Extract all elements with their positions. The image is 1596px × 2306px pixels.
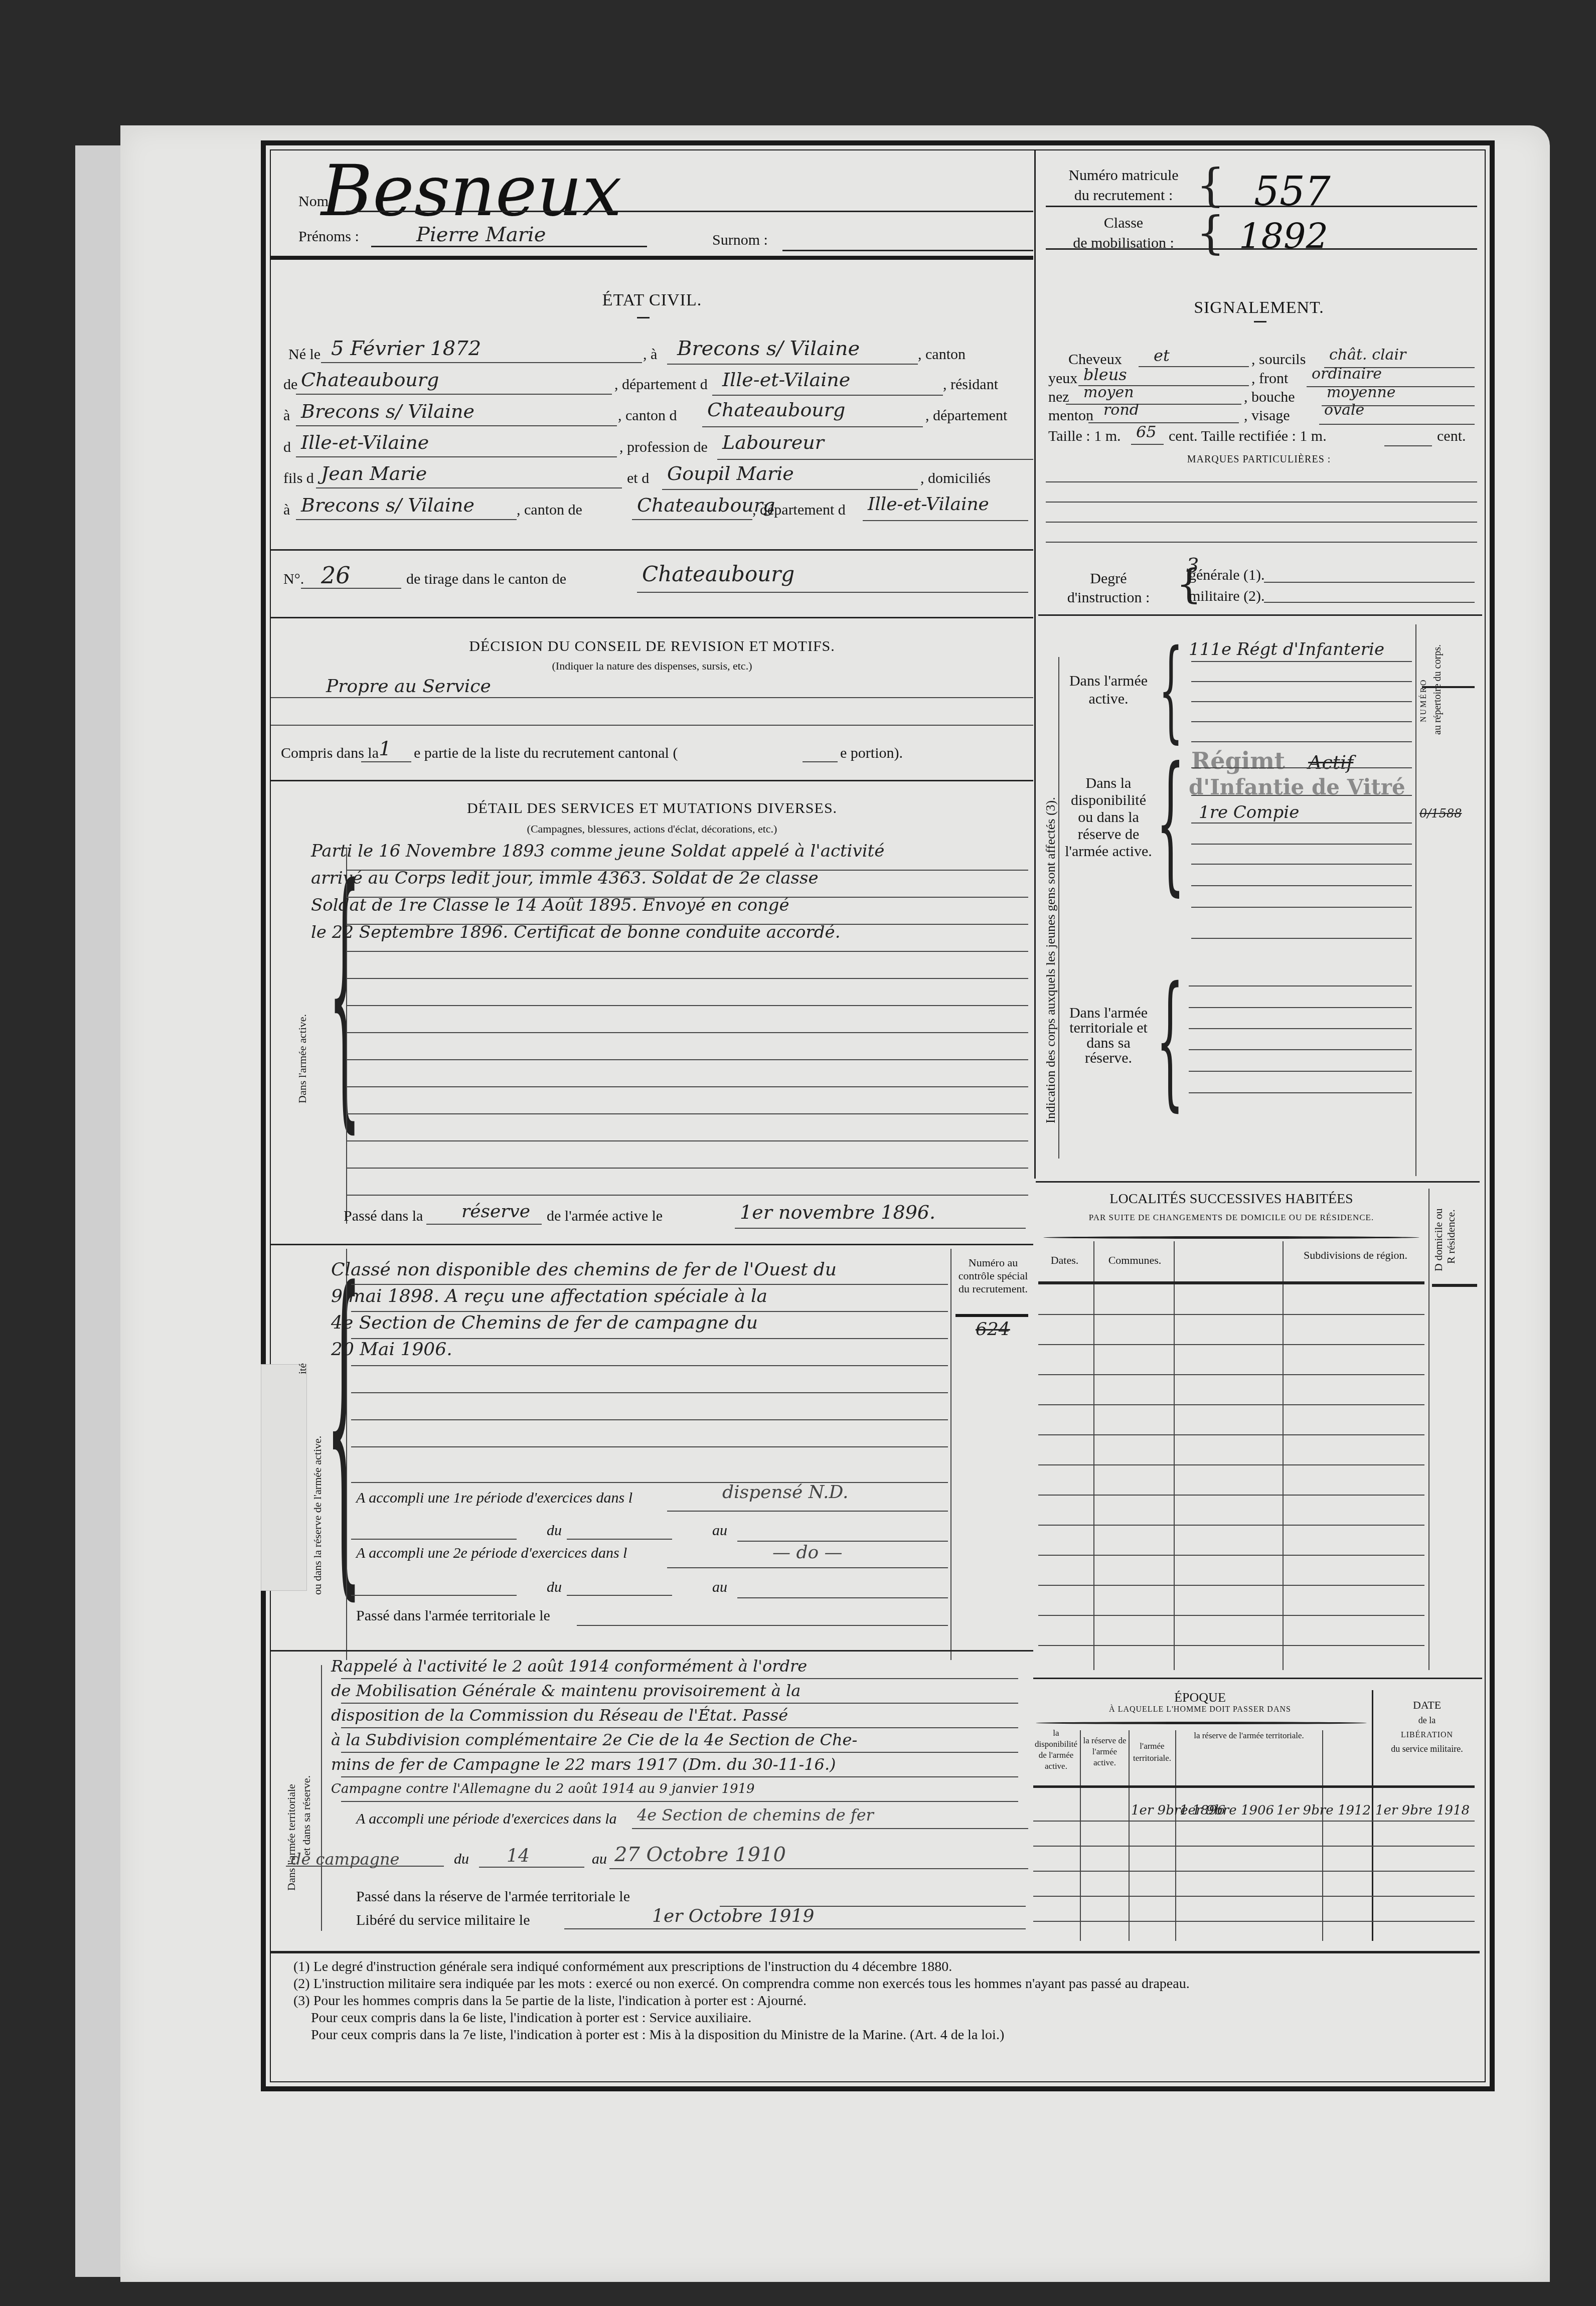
de-label: de — [283, 376, 297, 393]
lieu-naissance-value: Brecons s/ Vilaine — [677, 337, 860, 360]
tirage-canton-label: de tirage dans le canton de — [406, 571, 566, 588]
field-line — [346, 924, 1028, 925]
corps-territoriale-label: Dans l'armée territoriale et dans sa rés… — [1063, 1006, 1154, 1066]
instruction-generale-label: générale (1). — [1189, 567, 1265, 584]
title-dash — [637, 317, 650, 318]
footnote-2: (2) L'instruction militaire sera indiqué… — [293, 1975, 1472, 1993]
classe-label-line1: Classe — [1051, 213, 1196, 233]
field-line — [341, 1776, 1018, 1777]
field-line — [1191, 701, 1412, 702]
header-divider — [1033, 1785, 1475, 1788]
section-divider — [271, 617, 1033, 618]
column-line — [1175, 1730, 1176, 1941]
title-dash — [1254, 321, 1266, 322]
localites-subtitle: PAR SUITE DE CHANGEMENTS DE DOMICILE OU … — [1036, 1213, 1427, 1223]
a-label: , à — [643, 346, 657, 363]
margin-line — [321, 1665, 322, 1931]
field-line — [346, 951, 1028, 952]
field-line — [1264, 602, 1475, 603]
signalement-title: SIGNALEMENT. — [1038, 298, 1480, 317]
field-line — [351, 1539, 517, 1540]
field-line — [351, 1365, 948, 1366]
field-line — [702, 426, 923, 427]
field-line — [286, 1866, 444, 1867]
du-label: du — [547, 1579, 562, 1596]
passe-value: réserve — [461, 1201, 530, 1222]
dept-residence-value: Ille-et-Vilaine — [301, 431, 429, 453]
periode-value-1: 4e Section de chemins de fer — [637, 1805, 874, 1825]
field-line — [712, 395, 943, 396]
field-line — [1191, 795, 1412, 796]
field-line — [351, 1284, 948, 1285]
table-row-line — [1038, 1555, 1424, 1556]
au-label: au — [592, 1851, 607, 1868]
reserve-line: 4e Section de Chemins de fer de campagne… — [331, 1309, 948, 1336]
front-label: , front — [1251, 370, 1288, 387]
reserve-territoriale-label: Passé dans la réserve de l'armée territo… — [356, 1888, 630, 1905]
field-line — [667, 1511, 948, 1512]
field-line — [351, 1595, 517, 1596]
compris-suffix: e partie de la liste du recrutement cant… — [414, 745, 678, 762]
brace-icon: { — [1156, 968, 1184, 1113]
profession-label: , profession de — [619, 439, 708, 456]
field-line — [737, 1597, 948, 1598]
field-line — [1046, 522, 1477, 523]
field-line — [1191, 907, 1412, 908]
services-title: DÉTAIL DES SERVICES ET MUTATIONS DIVERSE… — [271, 800, 1033, 817]
classe-label: Classe de mobilisation : — [1051, 213, 1196, 253]
decision-value: Propre au Service — [326, 676, 491, 697]
au-label: au — [712, 1522, 727, 1539]
liberation-header-line: DATE — [1374, 1698, 1480, 1713]
services-line: Soldat de 1re Classe le 14 Août 1895. En… — [311, 892, 1023, 919]
numero-controle-value: 624 — [976, 1319, 1010, 1340]
field-line — [346, 1086, 1028, 1087]
classe-value: 1892 — [1239, 216, 1328, 257]
residant-label: , résidant — [943, 376, 998, 393]
domicilies-label: , domiciliés — [920, 470, 991, 487]
visage-value: ovale — [1324, 401, 1364, 419]
domicile-parents-value: Brecons s/ Vilaine — [301, 494, 474, 516]
taille-value: 65 — [1136, 422, 1157, 441]
passe-date-value: 1er novembre 1896. — [740, 1201, 935, 1223]
table-row-line — [1038, 1314, 1424, 1315]
canton-residence-value: Chateaubourg — [707, 399, 845, 421]
field-line — [1191, 844, 1412, 845]
field-line — [1191, 741, 1412, 742]
side-label-tab: ité — [296, 1363, 309, 1374]
table-row-line — [1038, 1495, 1424, 1496]
corps-active-value: 111e Régt d'Infanterie — [1189, 639, 1384, 660]
reserve-text: Classé non disponible des chemins de fer… — [331, 1256, 948, 1363]
field-line — [632, 519, 752, 520]
field-line — [351, 1311, 948, 1312]
column-line — [1093, 1241, 1094, 1670]
field-line — [346, 1005, 1028, 1006]
field-line — [296, 394, 612, 395]
du-label: du — [547, 1522, 562, 1539]
liberation-header: DATE de la LIBÉRATION du service militai… — [1374, 1698, 1480, 1755]
cent-label: cent. — [1437, 428, 1466, 445]
field-line — [1191, 767, 1412, 768]
periode2-label: A accompli une 2e période d'exercices da… — [356, 1545, 627, 1562]
field-line — [632, 1828, 1028, 1829]
field-line — [637, 592, 1028, 593]
surnom-label: Surnom : — [712, 232, 768, 249]
sourcils-label: , sourcils — [1251, 351, 1306, 368]
bouche-label: , bouche — [1244, 389, 1295, 406]
ne-le-value: 5 Février 1872 — [331, 337, 481, 360]
corps-side-label: Indication des corps auxquels les jeunes… — [1043, 797, 1058, 1123]
field-line — [1191, 938, 1412, 939]
reserve-line: 20 Mai 1906. — [331, 1336, 948, 1363]
matricule-value: 557 — [1254, 168, 1331, 215]
reserve-line: 9 mai 1898. A reçu une affectation spéci… — [331, 1283, 948, 1309]
section-divider — [271, 1650, 1033, 1652]
header-divider — [271, 256, 1033, 260]
tirage-canton-value: Chateaubourg — [642, 562, 794, 586]
field-line — [301, 588, 401, 589]
field-line — [1384, 445, 1432, 446]
departement-label: , département d — [614, 376, 708, 393]
periode1-value: dispensé N.D. — [722, 1482, 848, 1503]
et-label: et d — [627, 470, 649, 487]
canton-label: , canton d — [618, 407, 677, 424]
table-row-line — [1038, 1344, 1424, 1345]
field-line — [1088, 422, 1239, 423]
residence-value: Brecons s/ Vilaine — [301, 400, 474, 422]
field-line — [567, 1595, 672, 1596]
side-label-territoriale-2: et dans sa réserve. — [300, 1775, 313, 1856]
matricule-label: Numéro matricule du recrutement : — [1051, 166, 1196, 206]
footnote-3: (3) Pour les hommes compris dans la 5e p… — [293, 1993, 1472, 2010]
field-line — [1189, 1049, 1412, 1050]
taille-rectifiee-label: cent. Taille rectifiée : 1 m. — [1169, 428, 1327, 445]
field-line — [341, 1703, 1018, 1704]
field-line — [1131, 444, 1164, 445]
periode2-value: — do — — [772, 1542, 843, 1563]
column-line — [1428, 1189, 1429, 1670]
matricule-divider — [1046, 206, 1477, 207]
side-label-territoriale-1: Dans l'armée territoriale — [285, 1784, 298, 1891]
epoque-col-disponibilite: la disponibilité de l'armée active. — [1032, 1728, 1080, 1772]
section-divider — [271, 1244, 1033, 1245]
field-line — [479, 1867, 584, 1868]
side-label-reserve: ou dans la réserve de l'armée active. — [311, 1436, 324, 1595]
instruction-label-line1: Degré — [1048, 569, 1169, 588]
field-line — [321, 362, 642, 363]
reserve-line: Classé non disponible des chemins de fer… — [331, 1256, 948, 1283]
menton-value: rond — [1103, 401, 1139, 419]
sourcils-value: chât. clair — [1329, 346, 1406, 364]
territoriale-line: disposition de la Commission du Réseau d… — [331, 1703, 1033, 1728]
numero-repertoire-label-1: NUMÉRO — [1419, 679, 1428, 722]
classe-divider — [1046, 248, 1477, 250]
epoque-value-reserve-territoriale: 1er 9bre 1912 — [1276, 1803, 1371, 1818]
column-divider — [1034, 150, 1036, 1179]
field-line — [564, 1928, 1026, 1929]
libere-value: 1er Octobre 1919 — [652, 1906, 814, 1926]
header-divider — [1038, 1281, 1424, 1284]
services-text: Parti le 16 Novembre 1893 comme jeune So… — [311, 838, 1023, 946]
field-line — [737, 1541, 948, 1542]
tirage-no-label: N°. — [283, 571, 304, 588]
canton-label: , canton — [918, 346, 966, 363]
territoriale-line: mins de fer de Campagne le 22 mars 1917 … — [331, 1752, 1033, 1777]
field-line — [1139, 366, 1249, 367]
periode-label: A accompli une période d'exercices dans … — [356, 1810, 617, 1828]
table-row-line — [1038, 1434, 1424, 1435]
footnote-5: Pour ceux compris dans la 7e liste, l'in… — [293, 2027, 1472, 2044]
classe-label-line2: de mobilisation : — [1051, 233, 1196, 253]
header-divider — [1432, 1284, 1477, 1287]
profession-value: Laboureur — [722, 431, 824, 453]
table-row-line — [1033, 1846, 1475, 1847]
instruction-label-line2: d'instruction : — [1048, 588, 1169, 607]
field-line — [296, 425, 617, 426]
field-line — [351, 1392, 948, 1393]
field-line — [346, 1059, 1028, 1060]
field-line — [341, 1727, 1018, 1728]
periode-du-value: 14 — [507, 1846, 530, 1866]
d-label: d — [283, 439, 291, 456]
prenoms-value: Pierre Marie — [416, 223, 546, 246]
canton-label: , canton de — [517, 502, 582, 519]
visage-label: , visage — [1244, 407, 1290, 424]
epoque-col-territoriale: l'armée territoriale. — [1130, 1740, 1175, 1764]
field-line — [351, 1446, 948, 1447]
yeux-value: bleus — [1083, 365, 1127, 384]
field-line — [1189, 1028, 1412, 1029]
field-line — [351, 1338, 948, 1339]
table-row-line — [1038, 1645, 1424, 1646]
field-line — [1189, 1071, 1412, 1072]
field-line — [1191, 681, 1412, 682]
field-line — [667, 364, 918, 365]
header-divider — [955, 1314, 1028, 1317]
field-line — [316, 487, 622, 488]
field-line — [1191, 864, 1412, 865]
liberation-header-line: LIBÉRATION — [1374, 1728, 1480, 1743]
field-line — [609, 1868, 1028, 1869]
footnotes: (1) Le degré d'instruction générale sera… — [293, 1958, 1472, 2044]
section-divider — [1033, 1678, 1482, 1679]
numero-repertoire-label-2: au répertoire du corps. — [1432, 644, 1444, 735]
localites-col-communes: Communes. — [1096, 1254, 1174, 1267]
field-line — [346, 1168, 1028, 1169]
services-subtitle: (Campagnes, blessures, actions d'éclat, … — [271, 822, 1033, 836]
field-line — [341, 1801, 1018, 1802]
field-line — [1046, 481, 1477, 482]
corps-active-label: Dans l'armée active. — [1063, 672, 1154, 708]
localites-title: LOCALITÉS SUCCESSIVES HABITÉES — [1036, 1191, 1427, 1207]
field-line — [296, 519, 517, 520]
field-line — [1189, 1007, 1412, 1008]
epoque-value-territoriale: 1er 9bre 1906 — [1180, 1803, 1274, 1818]
territoriale-line: à la Subdivision complémentaire 2e Cie d… — [331, 1728, 1033, 1752]
instruction-label: Degré d'instruction : — [1048, 569, 1169, 607]
services-line: Parti le 16 Novembre 1893 comme jeune So… — [311, 838, 1023, 865]
field-line — [296, 456, 617, 457]
table-row-line — [1033, 1871, 1475, 1872]
margin-line — [1058, 657, 1059, 1159]
column-line — [1174, 1241, 1175, 1670]
pasted-paper-slip — [261, 1364, 307, 1591]
ne-le-label: Né le — [288, 346, 321, 363]
liberation-header-line: du service militaire. — [1374, 1743, 1480, 1755]
field-line — [577, 1625, 948, 1626]
field-line — [346, 897, 1028, 898]
numero-controle-header: Numéro au contrôle spécial du recrutemen… — [953, 1256, 1033, 1295]
front-value: ordinaire — [1312, 365, 1382, 383]
periode1-label: A accompli une 1re période d'exercices d… — [356, 1490, 632, 1507]
nez-value: moyen — [1083, 384, 1134, 401]
libere-label: Libéré du service militaire le — [356, 1912, 530, 1929]
instruction-generale-value: 3 — [1186, 554, 1199, 577]
pere-value: Jean Marie — [321, 462, 427, 484]
prenoms-label: Prénoms : — [298, 228, 359, 245]
section-divider — [271, 780, 1033, 781]
yeux-label: yeux — [1048, 370, 1077, 387]
table-row-line — [1038, 1525, 1424, 1526]
field-line — [346, 870, 1028, 871]
table-row-line — [1038, 1404, 1424, 1405]
field-line — [271, 697, 1033, 698]
matricule-label-line2: du recrutement : — [1051, 186, 1196, 206]
field-line — [1066, 404, 1241, 405]
fils-label: fils d — [283, 470, 314, 487]
dept-parents-value: Ille-et-Vilaine — [868, 494, 989, 515]
epoque-col-reserve-territoriale: la réserve de l'armée territoriale. — [1176, 1730, 1322, 1741]
territoriale-line: Campagne contre l'Allemagne du 2 août 19… — [331, 1777, 1033, 1801]
side-label-active: Dans l'armée active. — [296, 1014, 309, 1103]
field-line — [1046, 502, 1477, 503]
table-row-line — [1038, 1585, 1424, 1586]
canton-naissance-value: Chateaubourg — [301, 369, 439, 391]
field-line — [1191, 661, 1412, 662]
section-divider — [1036, 1181, 1480, 1183]
localites-side-label-2: R résidence. — [1445, 1209, 1458, 1264]
field-line — [662, 489, 918, 490]
stamp-text: Régimt — [1191, 747, 1285, 774]
field-line — [426, 1224, 542, 1225]
territoriale-line: de Mobilisation Générale & maintenu prov… — [331, 1679, 1033, 1703]
header-divider — [1422, 686, 1475, 688]
epoque-subtitle: À LAQUELLE L'HOMME DOIT PASSER DANS — [1033, 1705, 1367, 1714]
localites-side-label-1: D domicile ou — [1432, 1208, 1445, 1271]
decision-subtitle: (Indiquer la nature des dispenses, sursi… — [271, 660, 1033, 673]
liberation-value: 1er 9bre 1918 — [1375, 1803, 1470, 1818]
column-line — [950, 1249, 951, 1660]
corps-dispo-numero: 0/1588 — [1419, 806, 1462, 820]
services-line: le 22 Septembre 1896. Certificat de bonn… — [311, 919, 1023, 946]
territoriale-line: Rappelé à l'activité le 2 août 1914 conf… — [331, 1654, 1033, 1679]
field-line — [1319, 424, 1475, 425]
nez-label: nez — [1048, 389, 1069, 406]
field-line — [346, 1113, 1028, 1114]
mere-value: Goupil Marie — [667, 462, 794, 484]
departement-label: , département — [925, 407, 1007, 424]
matricule-label-line1: Numéro matricule — [1051, 166, 1196, 186]
field-line — [667, 1567, 948, 1568]
table-row-line — [1033, 1921, 1475, 1922]
field-line — [341, 1678, 1018, 1679]
passe-mid-label: de l'armée active le — [547, 1208, 663, 1225]
table-row-line — [1038, 1615, 1424, 1616]
menton-label: menton — [1048, 407, 1093, 424]
column-line — [1372, 1690, 1373, 1941]
services-line: arrivé au Corps ledit jour, immle 4363. … — [311, 865, 1023, 892]
field-line — [346, 1032, 1028, 1033]
compris-value: 1 — [379, 737, 391, 760]
field-line — [346, 1195, 1028, 1196]
taille-label: Taille : 1 m. — [1048, 428, 1121, 445]
field-line — [1189, 985, 1412, 986]
table-row-line — [1033, 1896, 1475, 1897]
field-line — [271, 725, 1033, 726]
column-line — [1283, 1241, 1284, 1670]
header-flourish — [1043, 1236, 1419, 1239]
corps-dispo-value: 1re Compie — [1199, 802, 1299, 822]
epoque-col-reserve-active: la réserve de l'armée active. — [1081, 1735, 1129, 1768]
field-line — [1046, 542, 1477, 543]
tirage-no-value: 26 — [321, 562, 351, 589]
brace-icon: { — [1156, 747, 1185, 898]
field-line — [717, 459, 1033, 460]
field-line — [567, 1539, 672, 1540]
bouche-value: moyenne — [1327, 384, 1396, 401]
corps-dispo-label: Dans la disponibilité ou dans la réserve… — [1063, 775, 1154, 860]
field-line — [1191, 721, 1412, 722]
brace-icon: { — [1196, 163, 1225, 208]
struck-text: Actif — [1308, 751, 1353, 773]
surnom-line — [782, 250, 1033, 251]
field-line — [803, 761, 838, 762]
liberation-header-line: de la — [1374, 1713, 1480, 1728]
footnote-4: Pour ceux compris dans la 6e liste, l'in… — [293, 2010, 1472, 2027]
prenoms-line — [371, 246, 647, 247]
portion-suffix: e portion). — [840, 745, 903, 762]
compris-label: Compris dans la — [281, 745, 379, 762]
section-divider — [271, 549, 1033, 551]
epoque-title: ÉPOQUE — [1033, 1690, 1367, 1705]
field-line — [1264, 582, 1475, 583]
periode-au-value: 27 Octobre 1910 — [614, 1843, 786, 1866]
field-line — [361, 761, 411, 762]
field-line — [863, 520, 1028, 521]
field-line — [1191, 885, 1412, 886]
nom-line — [346, 211, 1033, 212]
column-line — [1415, 624, 1416, 1176]
a-label: à — [283, 502, 290, 519]
table-row-line — [1038, 1374, 1424, 1375]
instruction-militaire-label: militaire (2). — [1189, 588, 1265, 605]
section-divider — [1038, 614, 1482, 616]
field-line — [1189, 1092, 1412, 1093]
au-label: au — [712, 1579, 727, 1596]
field-line — [341, 1752, 1018, 1753]
regiment-stamp-line1: Régimt Actif — [1191, 747, 1353, 774]
marques-label: MARQUES PARTICULIÈRES : — [1038, 454, 1480, 465]
column-line — [1322, 1730, 1323, 1941]
field-line — [346, 1140, 1028, 1141]
field-line — [735, 1228, 1026, 1229]
table-row-line — [1038, 1464, 1424, 1465]
footnote-1: (1) Le degré d'instruction générale sera… — [293, 1958, 1472, 1975]
a-label: à — [283, 407, 290, 424]
field-line — [1191, 822, 1412, 823]
passe-territoriale-label: Passé dans l'armée territoriale le — [356, 1607, 550, 1624]
